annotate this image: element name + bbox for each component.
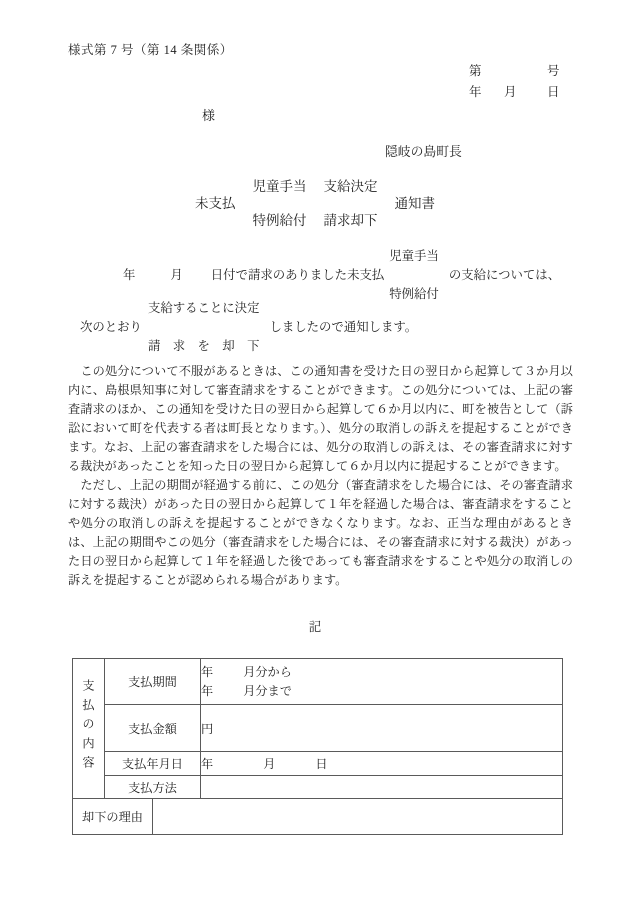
- rejection-reason-label: 却下の理由: [73, 799, 153, 835]
- payment-period-label: 支払期間: [105, 659, 201, 705]
- date-year-label: 年: [469, 82, 482, 100]
- opening-month-label: 月: [170, 265, 182, 283]
- opening-next-text: 次のとおり: [80, 317, 142, 335]
- table-vertical-header-cell: 支払の内容: [73, 659, 105, 799]
- opening-decide-top: 支給することに決定: [148, 298, 260, 316]
- title-decision-options: 支給決定 請求却下: [324, 175, 378, 229]
- title-prefix: 未支払: [195, 192, 236, 212]
- opening-allowance-top: 児童手当: [389, 246, 439, 264]
- title-allowance-bottom: 特例給付: [253, 209, 307, 229]
- form-number: 様式第 7 号（第 14 条関係）: [68, 40, 233, 58]
- payment-amount-label: 支払金額: [105, 705, 201, 752]
- doc-number-suffix: 号: [547, 61, 560, 79]
- opening-notify-text: しましたので通知します。: [269, 317, 417, 335]
- payment-period-from-year: 年: [201, 665, 213, 679]
- payment-date-label: 支払年月日: [105, 752, 201, 776]
- payment-period-to-line: 年月分まで: [201, 682, 562, 701]
- title-allowance-options: 児童手当 特例給付: [253, 175, 307, 229]
- date-day-label: 日: [547, 82, 560, 100]
- appeal-instructions: この処分について不服があるときは、この通知書を受けた日の翌日から起算して３か月以…: [68, 362, 573, 590]
- appeal-paragraph-1: この処分について不服があるときは、この通知書を受けた日の翌日から起算して３か月以…: [68, 362, 573, 476]
- addressee-suffix: 様: [202, 105, 215, 124]
- opening-allowance-bottom: 特例給付: [389, 284, 439, 302]
- table-vertical-header: 支払の内容: [80, 679, 97, 775]
- payment-date-month: 月: [263, 757, 275, 771]
- sender-name: 隠岐の島町長: [385, 141, 462, 160]
- doc-number-prefix: 第: [469, 61, 482, 79]
- rejection-reason-value-cell: [153, 799, 563, 835]
- document-title: 未支払 児童手当 特例給付 支給決定 請求却下 通知書: [0, 175, 630, 229]
- title-allowance-top: 児童手当: [253, 175, 307, 195]
- opening-request-text: 日付で請求のありました未支払: [211, 265, 384, 283]
- title-decision-top: 支給決定: [324, 175, 378, 195]
- payment-period-from-line: 年月分から: [201, 663, 562, 682]
- opening-decision-options: 支給することに決定 請 求 を 却 下: [148, 298, 260, 354]
- payment-method-label: 支払方法: [105, 776, 201, 799]
- payment-date-day: 日: [315, 757, 327, 771]
- appeal-paragraph-2: ただし、上記の期間が経過する前に、この処分（審査請求をした場合には、その審査請求…: [68, 476, 573, 590]
- title-decision-bottom: 請求却下: [324, 209, 378, 229]
- payment-date-year: 年: [201, 757, 213, 771]
- payment-period-to-year: 年: [201, 684, 213, 698]
- payment-period-from-rest: 月分から: [243, 665, 292, 679]
- payment-amount-unit: 円: [201, 722, 213, 736]
- payment-date-value-cell: 年月日: [201, 752, 563, 776]
- opening-year-label: 年: [123, 265, 135, 283]
- rejection-reason-table: 却下の理由: [72, 798, 563, 835]
- date-month-label: 月: [504, 82, 517, 100]
- payment-detail-table: 支払の内容 支払期間 年月分から 年月分まで 支払金額 円: [72, 658, 563, 835]
- ki-marker: 記: [0, 617, 630, 635]
- document-page: 様式第 7 号（第 14 条関係） 第 号 年 月 日 様 隠岐の島町長 未支払…: [0, 0, 630, 903]
- payment-period-value-cell: 年月分から 年月分まで: [201, 659, 563, 705]
- payment-method-value-cell: [201, 776, 563, 799]
- payment-content-table: 支払の内容 支払期間 年月分から 年月分まで 支払金額 円: [72, 658, 563, 799]
- title-suffix: 通知書: [395, 192, 436, 212]
- opening-decide-bottom: 請 求 を 却 下: [148, 336, 260, 354]
- opening-line-2: 次のとおり 支給することに決定 請 求 を 却 下 しましたので通知します。: [80, 303, 417, 349]
- payment-period-to-rest: 月分まで: [243, 684, 292, 698]
- opening-line-1: 年 月 日付で請求のありました未支払 児童手当 特例給付 の支給については、: [123, 251, 560, 297]
- payment-amount-value-cell: 円: [201, 705, 563, 752]
- opening-supply-text: の支給については、: [449, 265, 560, 283]
- opening-allowance-options: 児童手当 特例給付: [389, 246, 439, 302]
